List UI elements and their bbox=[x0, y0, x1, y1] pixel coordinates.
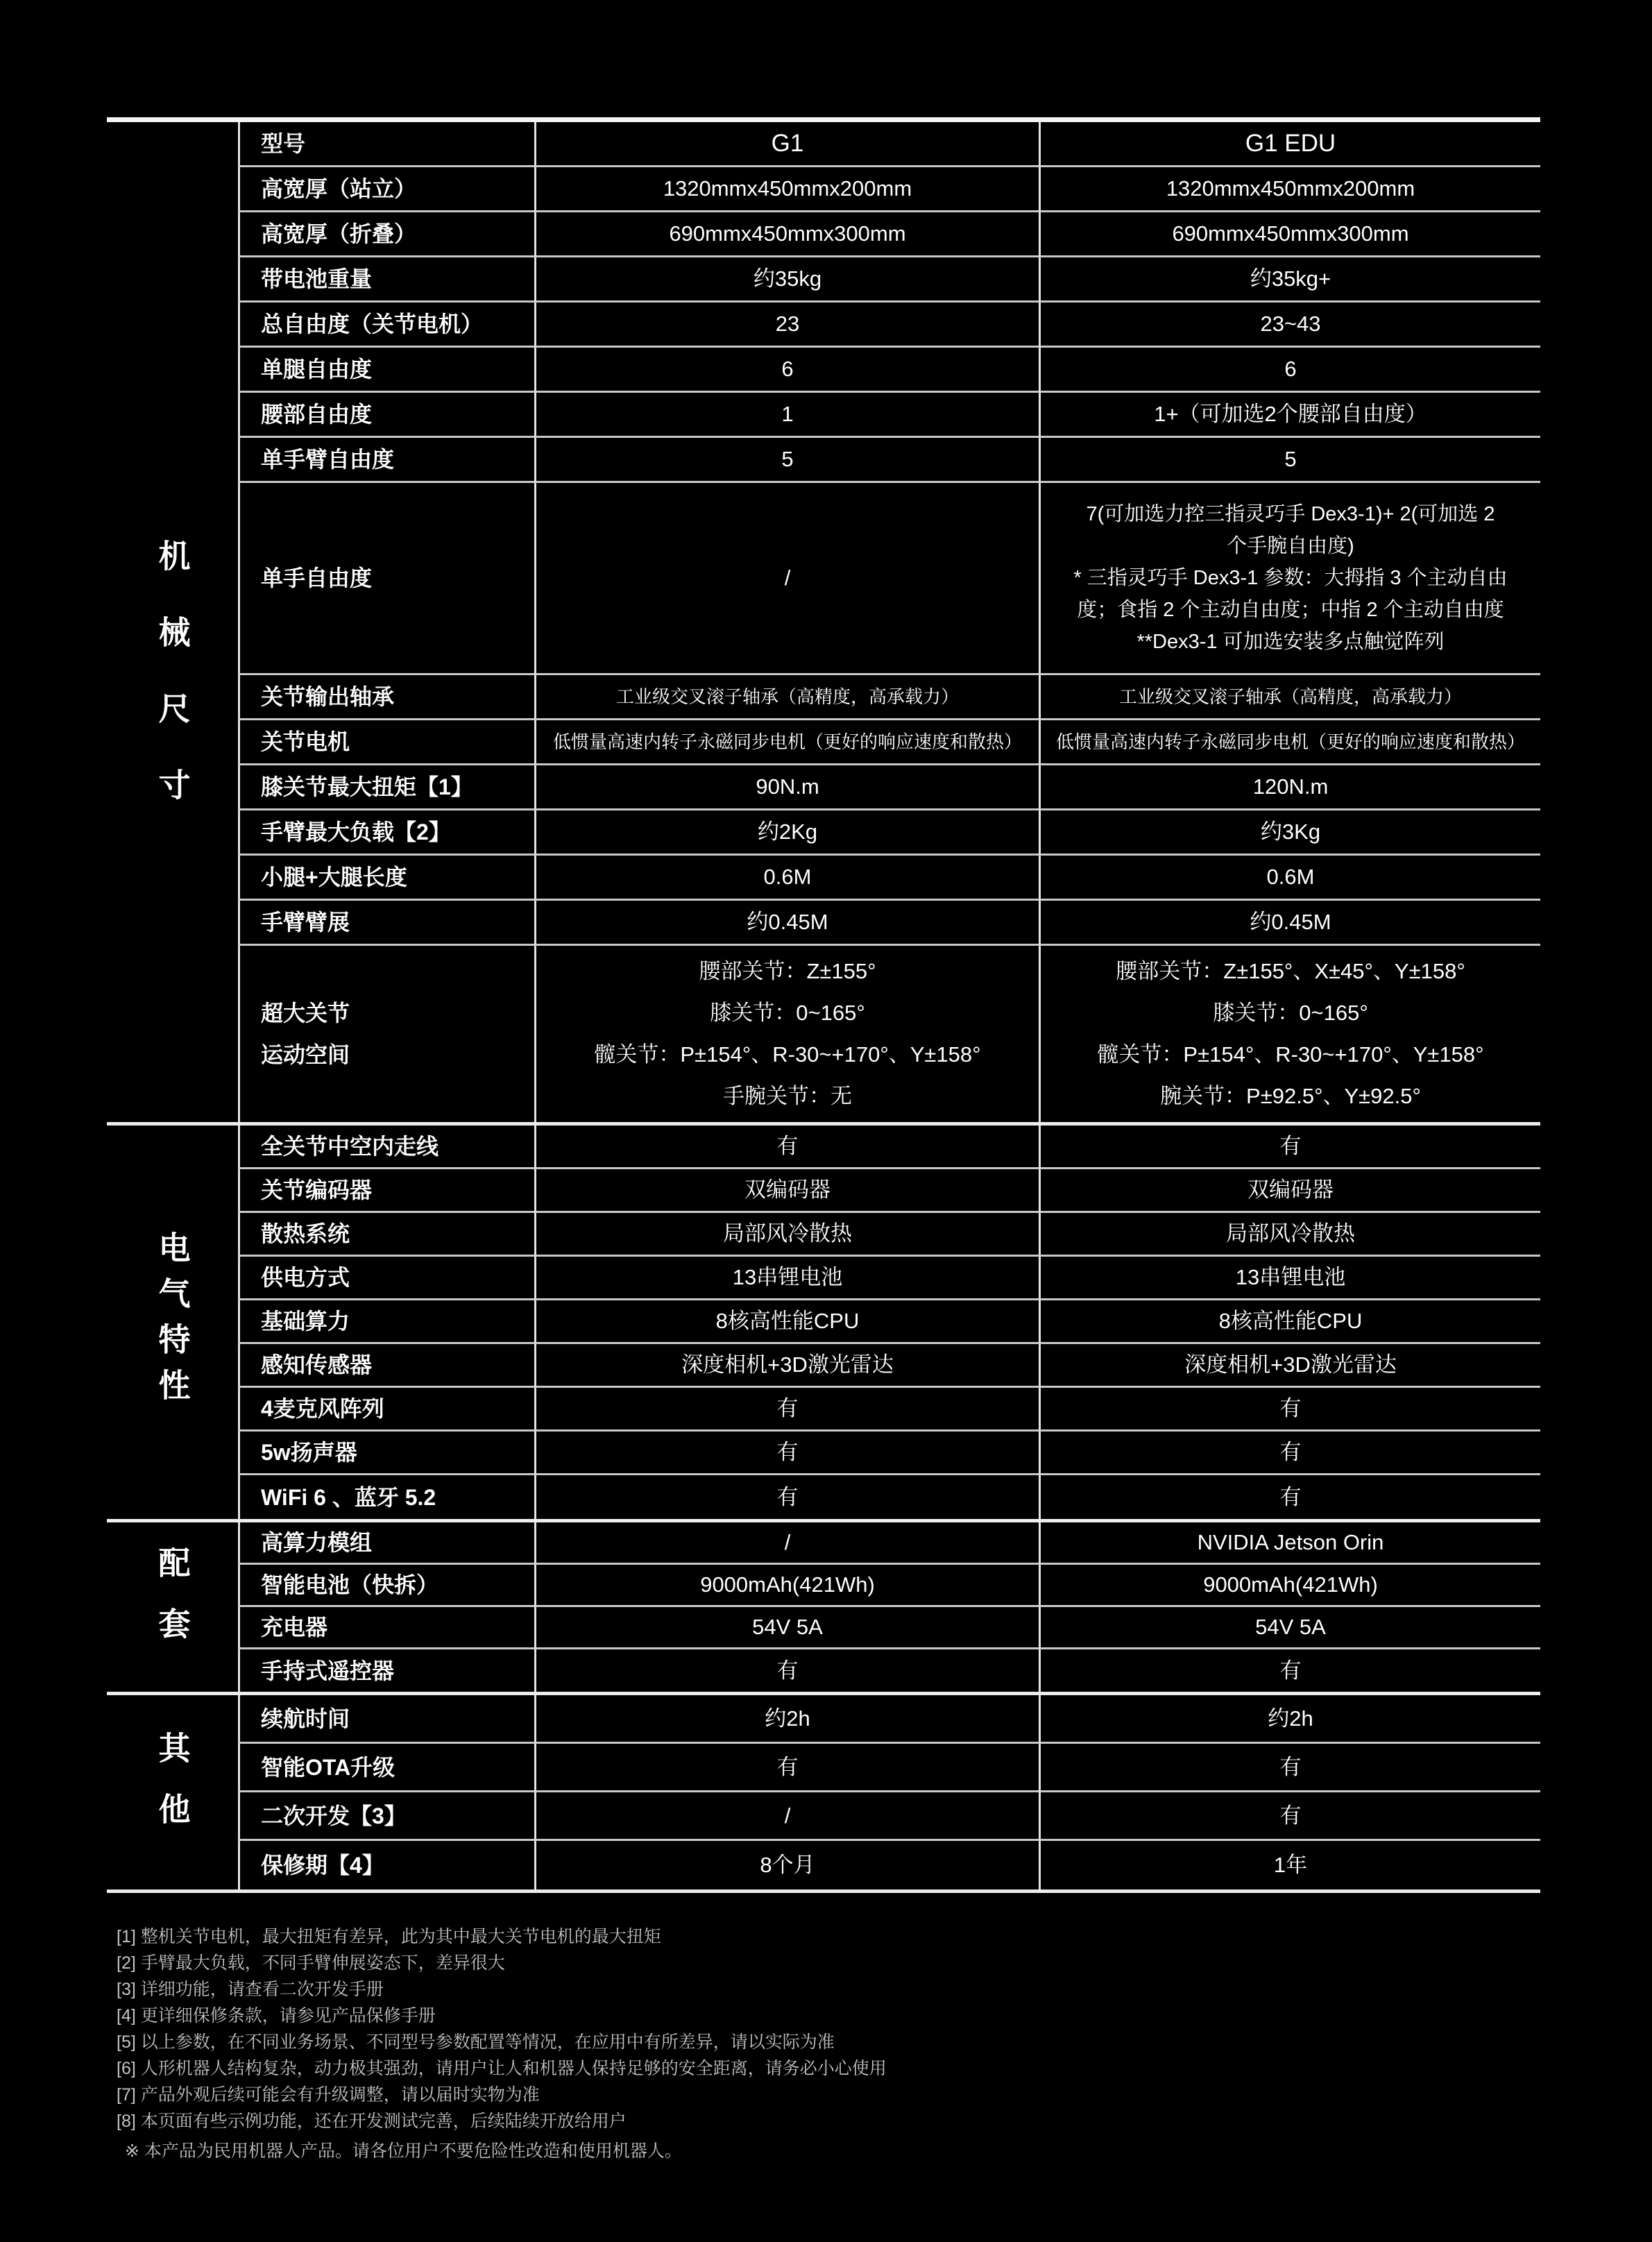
spec-value-g1edu: 约0.45M bbox=[1039, 901, 1540, 946]
spec-value-g1edu: 有 bbox=[1039, 1744, 1540, 1792]
spec-param-name: 感知传感器 bbox=[238, 1344, 534, 1388]
spec-value-g1: 8个月 bbox=[534, 1841, 1039, 1889]
footnote-item: [4] 更详细保修条款，请参见产品保修手册 bbox=[117, 2003, 887, 2029]
spec-value-g1: 有 bbox=[534, 1475, 1039, 1519]
spec-value-g1edu: 9000mAh(421Wh) bbox=[1039, 1565, 1540, 1607]
spec-value-g1: G1 bbox=[534, 122, 1039, 167]
spec-param-name: 智能OTA升级 bbox=[238, 1744, 534, 1792]
spec-value-g1edu: 6 bbox=[1039, 348, 1540, 393]
spec-value-g1edu: 有 bbox=[1039, 1126, 1540, 1169]
spec-param-name: 总自由度（关节电机） bbox=[238, 303, 534, 348]
spec-param-name: 续航时间 bbox=[238, 1695, 534, 1744]
spec-value-g1: / bbox=[534, 483, 1039, 675]
spec-param-name: 高宽厚（站立） bbox=[238, 167, 534, 212]
spec-value-g1: 约35kg bbox=[534, 257, 1039, 303]
spec-value-g1edu: NVIDIA Jetson Orin bbox=[1039, 1522, 1540, 1565]
spec-param-name: 小腿+大腿长度 bbox=[238, 856, 534, 901]
spec-param-name: 高宽厚（折叠） bbox=[238, 212, 534, 257]
spec-param-name: 基础算力 bbox=[238, 1300, 534, 1344]
spec-param-name: 单手自由度 bbox=[238, 483, 534, 675]
spec-value-g1: 有 bbox=[534, 1126, 1039, 1169]
spec-table: 机械尺寸 型号 G1 G1 EDU 高宽厚（站立） 1320mmx450mmx2… bbox=[107, 117, 1540, 1893]
spec-value-g1edu: 有 bbox=[1039, 1388, 1540, 1432]
spec-value-g1: 54V 5A bbox=[534, 1607, 1039, 1649]
section-accessories: 配套 高算力模组 / NVIDIA Jetson Orin 智能电池（快拆） 9… bbox=[107, 1522, 1540, 1695]
spec-value-g1: 有 bbox=[534, 1388, 1039, 1432]
spec-value-g1: 腰部关节：Z±155° 膝关节：0~165° 髋关节：P±154°、R-30~+… bbox=[534, 946, 1039, 1122]
spec-param-name: 供电方式 bbox=[238, 1257, 534, 1300]
section-label-other: 其他 bbox=[107, 1695, 238, 1889]
spec-value-g1: 有 bbox=[534, 1432, 1039, 1475]
spec-value-g1edu: 1年 bbox=[1039, 1841, 1540, 1889]
spec-value-g1: 9000mAh(421Wh) bbox=[534, 1565, 1039, 1607]
spec-value-g1: 约0.45M bbox=[534, 901, 1039, 946]
footnote-disclaimer: ※ 本产品为民用机器人产品。请各位用户不要危险性改造和使用机器人。 bbox=[117, 2138, 887, 2164]
spec-value-g1edu: 13串锂电池 bbox=[1039, 1257, 1540, 1300]
spec-value-g1edu: 约35kg+ bbox=[1039, 257, 1540, 303]
footnote-item: [6] 人形机器人结构复杂，动力极其强劲，请用户让人和机器人保持足够的安全距离，… bbox=[117, 2055, 887, 2082]
spec-value-g1: 约2Kg bbox=[534, 810, 1039, 856]
footnote-item: [2] 手臂最大负载，不同手臂伸展姿态下，差异很大 bbox=[117, 1950, 887, 1976]
spec-value-g1edu: 低惯量高速内转子永磁同步电机（更好的响应速度和散热） bbox=[1039, 720, 1540, 765]
spec-value-g1: 690mmx450mmx300mm bbox=[534, 212, 1039, 257]
spec-value-g1: 局部风冷散热 bbox=[534, 1213, 1039, 1257]
spec-param-name: 高算力模组 bbox=[238, 1522, 534, 1565]
spec-value-g1: 约2h bbox=[534, 1695, 1039, 1744]
footnote-item: [5] 以上参数，在不同业务场景、不同型号参数配置等情况，在应用中有所差异，请以… bbox=[117, 2029, 887, 2055]
spec-value-g1: 有 bbox=[534, 1744, 1039, 1792]
spec-value-g1: 90N.m bbox=[534, 765, 1039, 810]
spec-param-name: 保修期【4】 bbox=[238, 1841, 534, 1889]
spec-value-g1edu: 有 bbox=[1039, 1792, 1540, 1841]
spec-value-g1: 深度相机+3D激光雷达 bbox=[534, 1344, 1039, 1388]
spec-param-name: 手臂臂展 bbox=[238, 901, 534, 946]
spec-value-g1edu: 有 bbox=[1039, 1649, 1540, 1692]
spec-param-name: 全关节中空内走线 bbox=[238, 1126, 534, 1169]
spec-value-g1: 8核高性能CPU bbox=[534, 1300, 1039, 1344]
spec-value-g1: / bbox=[534, 1522, 1039, 1565]
spec-value-g1edu: 1320mmx450mmx200mm bbox=[1039, 167, 1540, 212]
spec-param-name: 二次开发【3】 bbox=[238, 1792, 534, 1841]
spec-value-g1edu: 1+（可加选2个腰部自由度） bbox=[1039, 393, 1540, 438]
spec-param-name: 超大关节 运动空间 bbox=[238, 946, 534, 1122]
spec-value-g1: 23 bbox=[534, 303, 1039, 348]
spec-param-name: 手持式遥控器 bbox=[238, 1649, 534, 1692]
spec-param-name: 智能电池（快拆） bbox=[238, 1565, 534, 1607]
spec-param-name: 单腿自由度 bbox=[238, 348, 534, 393]
footnote-item: [8] 本页面有些示例功能，还在开发测试完善，后续陆续开放给用户 bbox=[117, 2108, 887, 2134]
spec-value-g1edu: 腰部关节：Z±155°、X±45°、Y±158° 膝关节：0~165° 髋关节：… bbox=[1039, 946, 1540, 1122]
spec-value-g1edu: 局部风冷散热 bbox=[1039, 1213, 1540, 1257]
spec-value-g1edu: 8核高性能CPU bbox=[1039, 1300, 1540, 1344]
spec-param-name: 充电器 bbox=[238, 1607, 534, 1649]
spec-value-g1edu: 23~43 bbox=[1039, 303, 1540, 348]
footnote-item: [3] 详细功能，请查看二次开发手册 bbox=[117, 1976, 887, 2003]
spec-value-g1: 1320mmx450mmx200mm bbox=[534, 167, 1039, 212]
spec-value-g1: 工业级交叉滚子轴承（高精度，高承载力） bbox=[534, 675, 1039, 720]
spec-value-g1edu: 约3Kg bbox=[1039, 810, 1540, 856]
spec-value-g1edu: 120N.m bbox=[1039, 765, 1540, 810]
spec-param-name: 关节电机 bbox=[238, 720, 534, 765]
spec-param-name: 手臂最大负载【2】 bbox=[238, 810, 534, 856]
spec-value-g1: 6 bbox=[534, 348, 1039, 393]
spec-value-g1edu: G1 EDU bbox=[1039, 122, 1540, 167]
spec-value-g1edu: 0.6M bbox=[1039, 856, 1540, 901]
spec-param-name: 单手臂自由度 bbox=[238, 438, 534, 483]
spec-value-g1edu: 有 bbox=[1039, 1475, 1540, 1519]
spec-value-g1edu: 约2h bbox=[1039, 1695, 1540, 1744]
spec-value-g1: 低惯量高速内转子永磁同步电机（更好的响应速度和散热） bbox=[534, 720, 1039, 765]
footnote-item: [1] 整机关节电机，最大扭矩有差异，此为其中最大关节电机的最大扭矩 bbox=[117, 1923, 887, 1950]
spec-value-g1edu: 有 bbox=[1039, 1432, 1540, 1475]
spec-value-g1: 有 bbox=[534, 1649, 1039, 1692]
spec-value-g1edu: 深度相机+3D激光雷达 bbox=[1039, 1344, 1540, 1388]
spec-param-name: 型号 bbox=[238, 122, 534, 167]
spec-value-g1: 13串锂电池 bbox=[534, 1257, 1039, 1300]
spec-value-g1: / bbox=[534, 1792, 1039, 1841]
spec-value-g1: 5 bbox=[534, 438, 1039, 483]
spec-value-g1edu: 690mmx450mmx300mm bbox=[1039, 212, 1540, 257]
spec-value-g1: 0.6M bbox=[534, 856, 1039, 901]
spec-value-g1: 1 bbox=[534, 393, 1039, 438]
footnotes: [1] 整机关节电机，最大扭矩有差异，此为其中最大关节电机的最大扭矩 [2] 手… bbox=[117, 1923, 887, 2164]
section-mechanical: 机械尺寸 型号 G1 G1 EDU 高宽厚（站立） 1320mmx450mmx2… bbox=[107, 122, 1540, 1126]
spec-param-name: 腰部自由度 bbox=[238, 393, 534, 438]
spec-value-g1edu: 5 bbox=[1039, 438, 1540, 483]
section-label-mechanical: 机械尺寸 bbox=[107, 192, 238, 1191]
spec-param-name: 散热系统 bbox=[238, 1213, 534, 1257]
spec-param-name: 关节编码器 bbox=[238, 1169, 534, 1213]
spec-param-name: 带电池重量 bbox=[238, 257, 534, 303]
spec-value-g1: 双编码器 bbox=[534, 1169, 1039, 1213]
section-electrical: 电气特性 全关节中空内走线 有 有 关节编码器 双编码器 双编码器 散热系统 局… bbox=[107, 1126, 1540, 1522]
spec-value-g1edu: 7(可加选力控三指灵巧手 Dex3-1)+ 2(可加选 2 个手腕自由度) * … bbox=[1039, 483, 1540, 675]
spec-value-g1edu: 工业级交叉滚子轴承（高精度，高承载力） bbox=[1039, 675, 1540, 720]
spec-param-name: 膝关节最大扭矩【1】 bbox=[238, 765, 534, 810]
footnote-item: [7] 产品外观后续可能会有升级调整，请以届时实物为准 bbox=[117, 2082, 887, 2108]
spec-value-g1edu: 54V 5A bbox=[1039, 1607, 1540, 1649]
spec-param-name: 4麦克风阵列 bbox=[238, 1388, 534, 1432]
spec-value-g1edu: 双编码器 bbox=[1039, 1169, 1540, 1213]
spec-param-name: WiFi 6 、蓝牙 5.2 bbox=[238, 1475, 534, 1519]
section-label-accessories: 配套 bbox=[107, 1522, 238, 1692]
spec-param-name: 5w扬声器 bbox=[238, 1432, 534, 1475]
section-other: 其他 续航时间 约2h 约2h 智能OTA升级 有 有 二次开发【3】 / 有 … bbox=[107, 1695, 1540, 1893]
spec-param-name: 关节输出轴承 bbox=[238, 675, 534, 720]
